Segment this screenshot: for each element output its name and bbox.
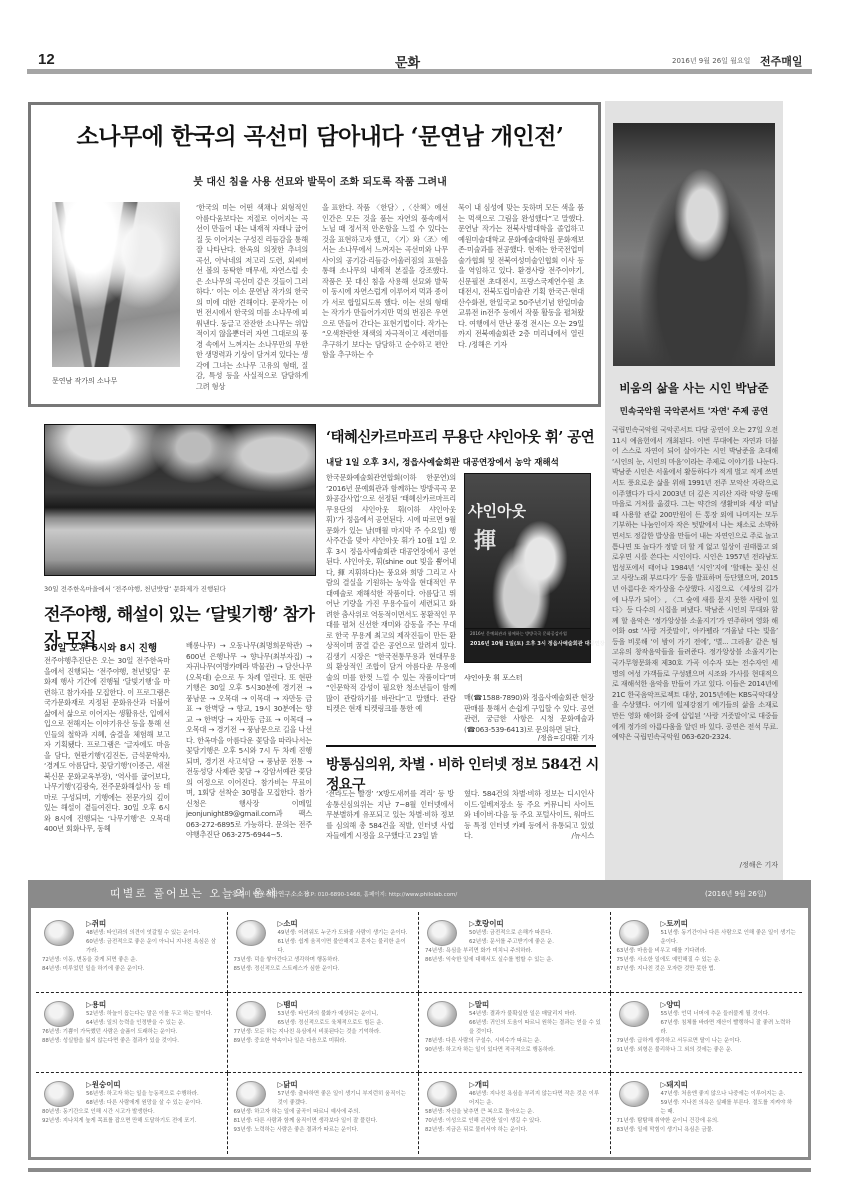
horoscope-sign-rabbit: ▷토끼띠 51년생: 동기간이나 다른 사람으로 인해 좋은 일이 생기는 운이… bbox=[611, 912, 803, 993]
fortune-line: 68년생: 다른 사람에게 원망을 살 수 있는 운이다. bbox=[86, 1099, 221, 1108]
horoscope-contact: H.P: 010-6890-1468, 홈페이지: http://www.phi… bbox=[305, 890, 457, 898]
horoscope-sign-monkey: ▷원숭이띠 56년생: 하고자 하는 일을 능동적으로 수행하라. 68년생: … bbox=[36, 1073, 228, 1154]
sidebar-body: 국립민속국악원 국악콘서트 다담 공연이 오는 27일 오전 11시 예음헌에서… bbox=[612, 425, 778, 743]
fortune-line: 82년생: 지금은 뒤로 물러서야 하는 운이다. bbox=[425, 1126, 604, 1135]
fortune-line: 85년생: 정신적으로 스트레스가 심한 운이다. bbox=[234, 965, 413, 974]
fortune-line: 73년생: 덕을 쌓아간다고 생각하며 행동하라. bbox=[234, 956, 413, 965]
fortune-line: 51년생: 동기간이나 다른 사람으로 인해 좋은 일이 생기는 운이다. bbox=[661, 929, 797, 947]
fortune-line: 90년생: 하고자 하는 일이 있다면 적극적으로 행동하라. bbox=[425, 1046, 604, 1055]
horoscope-sign-rat: ▷쥐띠 48년생: 타인과의 의견이 엇갈릴 수 있는 운이다. 60년생: 금… bbox=[36, 912, 228, 993]
newspaper-name: 전주매일 bbox=[760, 53, 803, 69]
fortune-line: 58년생: 자신을 낮추면 큰 복으로 돌아오는 운. bbox=[425, 1108, 604, 1117]
poster-title: 샤인아웃 bbox=[468, 500, 526, 521]
poster-line: 2016년 문예회관과 함께하는 방방곡곡 문화공감사업 bbox=[470, 631, 567, 637]
pine-tree-painting-photo bbox=[52, 202, 180, 367]
fortune-line: 55년생: 언덕 너머에 추운 들러붙게 될 것이다. bbox=[661, 1010, 797, 1019]
horoscope-sign-snake: ▷뱀띠 53년생: 타인과의 불화가 예상되는 운이니, 65년생: 정신적으로… bbox=[228, 993, 420, 1074]
article-subheadline: 붓 대신 침을 사용 선묘와 발묵이 조화 되도록 작품 그려내 bbox=[40, 173, 600, 188]
article-column-3: 묵이 내 심성에 맞는 듯하며 모든 색을 품는 먹색으로 그림을 완성했다”고… bbox=[458, 203, 584, 350]
article-column-2: 매(☎1588-7890)와 정읍사예술회관 현장판매를 통해서 손쉽게 구입할… bbox=[464, 693, 594, 735]
fortune-line: 77년생: 모든 하는 지나친 욕심에서 비롯된다는 것을 기억하라. bbox=[234, 1028, 413, 1037]
fortune-line: 83년생: 일에 막힘이 생기니 욕심은 금물. bbox=[617, 1126, 797, 1135]
sign-name: ▷뱀띠 bbox=[278, 999, 413, 1010]
fortune-line: 79년생: 급하게 생각하고 서두르면 탈이 나는 운이다. bbox=[617, 1037, 797, 1046]
sign-name: ▷개띠 bbox=[469, 1079, 604, 1090]
article-headline: ‘태혜신카르마프리 무용단 샤인아웃 휘’ 공연 bbox=[326, 426, 606, 447]
fortune-line: 61년생: 쉽게 움직이면 불안해지고 혼자는 불리한 운이다. bbox=[278, 938, 413, 956]
horoscope-sign-dragon: ▷용띠 52년생: 하늘이 돕는다는 말은 이를 두고 하는 말이다. 64년생… bbox=[36, 993, 228, 1074]
horoscope-sign-tiger: ▷호랑이띠 50년생: 금전적으로 손해가 따른다. 62년생: 문서를 주고받… bbox=[419, 912, 611, 993]
fortune-line: 84년생: 미루었던 일을 하기에 좋은 운이다. bbox=[42, 965, 221, 974]
sign-name: ▷용띠 bbox=[86, 999, 221, 1010]
fortune-line: 76년생: 기쁨이 가득했던 사람은 슬픔이 도래하는 운이다. bbox=[42, 1028, 221, 1037]
fortune-line: 59년생: 지나친 의욕은 실패를 부른다. 절도를 지켜야 하는 때. bbox=[661, 1099, 797, 1117]
monkey-icon bbox=[44, 1081, 74, 1107]
article-byline: /뉴시스 bbox=[572, 831, 594, 842]
fortune-line: 80년생: 동기간으로 인해 시간 시고가 발생한다. bbox=[42, 1108, 221, 1117]
sidebar-subheadline: 민속국악원 국악콘서트 '자연' 주제 공연 bbox=[605, 405, 783, 417]
fortune-line: 53년생: 타인과의 불화가 예상되는 운이니, bbox=[278, 1010, 413, 1019]
fortune-line: 86년생: 익숙한 일에 대해서도 실수를 범할 수 있는 운. bbox=[425, 956, 604, 965]
ox-icon bbox=[236, 920, 266, 946]
sign-name: ▷말띠 bbox=[469, 999, 604, 1010]
article-column-1: ‘전라도는 빨갱’ ‘X방도새끼를 격리’ 등 방송통신심의위는 지난 7~8월… bbox=[326, 789, 454, 842]
hanok-night-photo bbox=[44, 424, 316, 576]
horse-icon bbox=[427, 1001, 457, 1027]
article-subheadline: 30일 오후 6시와 8시 진행 bbox=[44, 640, 157, 654]
fortune-line: 75년생: 사소한 일에도 예민해질 수 있는 운. bbox=[617, 956, 797, 965]
sign-name: ▷닭띠 bbox=[278, 1079, 413, 1090]
fortune-line: 60년생: 금전적으로 좋은 운이 아니니 지나친 욕심은 삼가라. bbox=[86, 938, 221, 956]
snake-icon bbox=[236, 1001, 266, 1027]
article-headline: 방통심의위, 차별 · 비하 인터넷 정보 584건 시정요구 bbox=[326, 754, 606, 794]
article-headline: 소나무에 한국의 곡선미 담아내다 ‘문연남 개인전’ bbox=[40, 118, 600, 151]
fortune-line: 47년생: 처음엔 좋지 않으나 나중에는 이루어지는 운. bbox=[661, 1090, 797, 1099]
horoscope-sign-horse: ▷말띠 54년생: 결과가 불확실한 일은 매달리지 마라. 66년생: 귀인의… bbox=[419, 993, 611, 1074]
sign-name: ▷돼지띠 bbox=[661, 1079, 797, 1090]
article-column-2: 을 표한다. 작품 〈한담〉,〈산책〉에선 인간은 모든 것을 품는 자연의 품… bbox=[322, 203, 448, 361]
horoscope-author: 홍주미 백운철학연구소소장 bbox=[232, 889, 309, 898]
poster-hanja: 揮 bbox=[474, 524, 496, 555]
sign-name: ▷양띠 bbox=[661, 999, 797, 1010]
fortune-line: 92년생: 지나치게 높게 목표를 잡으면 만해 도달하기도 전에 포기. bbox=[42, 1117, 221, 1126]
sidebar-headline: 비움의 삶을 사는 시인 박남준 bbox=[605, 380, 783, 396]
fortune-line: 48년생: 타인과의 의견이 엇갈릴 수 있는 운이다. bbox=[86, 929, 221, 938]
rooster-icon bbox=[236, 1081, 266, 1107]
fortune-line: 88년생: 성실함을 잃지 않는다면 좋은 결과가 있을 것이다. bbox=[42, 1037, 221, 1046]
fortune-line: 91년생: 외형은 불리하나 그 외의 것에는 좋은 운. bbox=[617, 1046, 797, 1055]
fortune-line: 46년생: 지나친 욕심을 부리지 않는다면 작은 것은 이루어지는 운. bbox=[469, 1090, 604, 1108]
issue-date: 2016년 9월 26일 월요일 bbox=[672, 56, 750, 66]
article-column-1: 전주야행추진단은 오는 30일 전주한옥마을에서 진행되는 ‘전주야행, 천년빛… bbox=[44, 656, 170, 835]
sign-name: ▷원숭이띠 bbox=[86, 1079, 221, 1090]
sign-name: ▷호랑이띠 bbox=[469, 918, 604, 929]
article-byline: /정읍=김대환 기자 bbox=[464, 732, 594, 742]
horoscope-sign-rooster: ▷닭띠 57년생: 출타하면 좋은 일이 생기니 부지런히 움직이는 것이 좋겠… bbox=[228, 1073, 420, 1154]
horoscope-date: (2016년 9월 26일) bbox=[705, 889, 766, 899]
fortune-line: 74년생: 욕심을 부리면 화가 미치니 주의하라. bbox=[425, 947, 604, 956]
dog-icon bbox=[427, 1081, 457, 1107]
fortune-line: 87년생: 지나친 것은 모자란 것만 못한 법. bbox=[617, 965, 797, 974]
fortune-line: 49년생: 어려워도 누군가 도와줄 사람이 생기는 운이다. bbox=[278, 929, 413, 938]
photo-caption: 30일 전주한옥마을에서 ‘전주야행, 천년밧담’ 문화제가 진행된다 bbox=[44, 584, 226, 593]
tiger-icon bbox=[427, 920, 457, 946]
fortune-line: 89년생: 중요한 약속이나 일은 다음으로 미뤄라. bbox=[234, 1037, 413, 1046]
fortune-line: 50년생: 금전적으로 손해가 따른다. bbox=[469, 929, 604, 938]
horoscope-sign-sheep: ▷양띠 55년생: 언덕 너머에 추운 들러붙게 될 것이다. 67년생: 침체… bbox=[611, 993, 803, 1074]
photo-caption: 문연남 작가의 소나무 bbox=[52, 376, 117, 386]
fortune-line: 52년생: 하늘이 돕는다는 말은 이를 두고 하는 말이다. bbox=[86, 1010, 221, 1019]
page-number: 12 bbox=[38, 51, 55, 68]
article-column-1: ‘한국의 미는 어떤 색채나 외형적인 아름다움보다는 저절로 이어지는 곡선이… bbox=[196, 203, 308, 392]
fortune-line: 81년생: 다른 사람과 함께 움직이면 생각보다 일이 잘 풀린다. bbox=[234, 1117, 413, 1126]
sign-name: ▷토끼띠 bbox=[661, 918, 797, 929]
fortune-line: 67년생: 침체를 바라면 재산이 빨랭하니 잘 좋려 노력하라. bbox=[661, 1019, 797, 1037]
article-column-2: 혔다. 584건의 차별·비하 정보는 디시인사이드·일베저장소 등 주요 커뮤… bbox=[464, 789, 594, 842]
article-column-1: 한국문화예술회관연합회(이하 한문연)의 ‘2016년 문예회관과 함께하는 방… bbox=[326, 473, 456, 715]
horoscope-sign-ox: ▷소띠 49년생: 어려워도 누군가 도와줄 사람이 생기는 운이다. 61년생… bbox=[228, 912, 420, 993]
fortune-line: 62년생: 문서를 주고받기에 좋은 운. bbox=[469, 938, 604, 947]
poet-portrait-photo bbox=[613, 123, 775, 366]
rabbit-icon bbox=[619, 920, 649, 946]
horoscope-grid: ▷쥐띠 48년생: 타인과의 의견이 엇갈릴 수 있는 운이다. 60년생: 금… bbox=[36, 912, 802, 1154]
footer-rule bbox=[28, 1168, 811, 1172]
fortune-line: 64년생: 일의 능력을 인정받을 수 있는 운. bbox=[86, 1019, 221, 1028]
fortune-line: 54년생: 결과가 불확실한 일은 매달리지 마라. bbox=[469, 1010, 604, 1019]
fortune-line: 56년생: 하고자 하는 일을 능동적으로 수행하라. bbox=[86, 1090, 221, 1099]
fortune-line: 70년생: 이성으로 인해 곤란한 일이 생길 수 있다. bbox=[425, 1117, 604, 1126]
sign-name: ▷소띠 bbox=[278, 918, 413, 929]
fortune-line: 93년생: 노력하는 사람은 좋은 결과가 따르는 운이다. bbox=[234, 1126, 413, 1135]
fortune-line: 63년생: 마음을 비우고 때를 기다려라. bbox=[617, 947, 797, 956]
dragon-icon bbox=[44, 1001, 74, 1027]
fortune-line: 71년생: 탐탐해 취약한 운이니 건강에 유의. bbox=[617, 1117, 797, 1126]
horoscope-sign-pig: ▷돼지띠 47년생: 처음엔 좋지 않으나 나중에는 이루어지는 운. 59년생… bbox=[611, 1073, 803, 1154]
poster-caption: 샤인아웃 휘 포스터 bbox=[464, 673, 523, 683]
fortune-line: 78년생: 다른 사람의 구설수, 시비수가 따르는 운. bbox=[425, 1037, 604, 1046]
poster-line: 2016년 10월 1일(토) 오후 3시 정읍사예술회관 대공연장 bbox=[470, 640, 605, 647]
sidebar-byline: /정해은 기자 bbox=[612, 860, 778, 870]
rat-icon bbox=[44, 920, 74, 946]
pig-icon bbox=[619, 1081, 649, 1107]
fortune-line: 69년생: 하고자 하는 일에 굴곡이 따르니 예사에 주의. bbox=[234, 1108, 413, 1117]
horoscope-sign-dog: ▷개띠 46년생: 지나친 욕심을 부리지 않는다면 작은 것은 이루어지는 운… bbox=[419, 1073, 611, 1154]
sheep-icon bbox=[619, 1001, 649, 1027]
article-divider bbox=[326, 745, 596, 747]
fortune-line: 72년생: 이동, 변동을 갖게 되면 좋은 운. bbox=[42, 956, 221, 965]
article-column-2: 배롱나무) → 오동나무(최명희문학관) → 600년 은행나무 → 향나무(최… bbox=[186, 641, 312, 841]
header-rule bbox=[27, 69, 812, 74]
sign-name: ▷쥐띠 bbox=[86, 918, 221, 929]
fortune-line: 57년생: 출타하면 좋은 일이 생기니 부지런히 움직이는 것이 좋겠다. bbox=[278, 1090, 413, 1108]
fortune-line: 66년생: 귀인의 도움이 따르니 원하는 결과는 얻을 수 있을 것이다. bbox=[469, 1019, 604, 1037]
article-subheadline: 내달 1일 오후 3시, 정읍사예술회관 대공연장에서 농악 재해석 bbox=[326, 456, 606, 468]
fortune-line: 65년생: 정신적으로도 육체적으로도 힘든 운. bbox=[278, 1019, 413, 1028]
